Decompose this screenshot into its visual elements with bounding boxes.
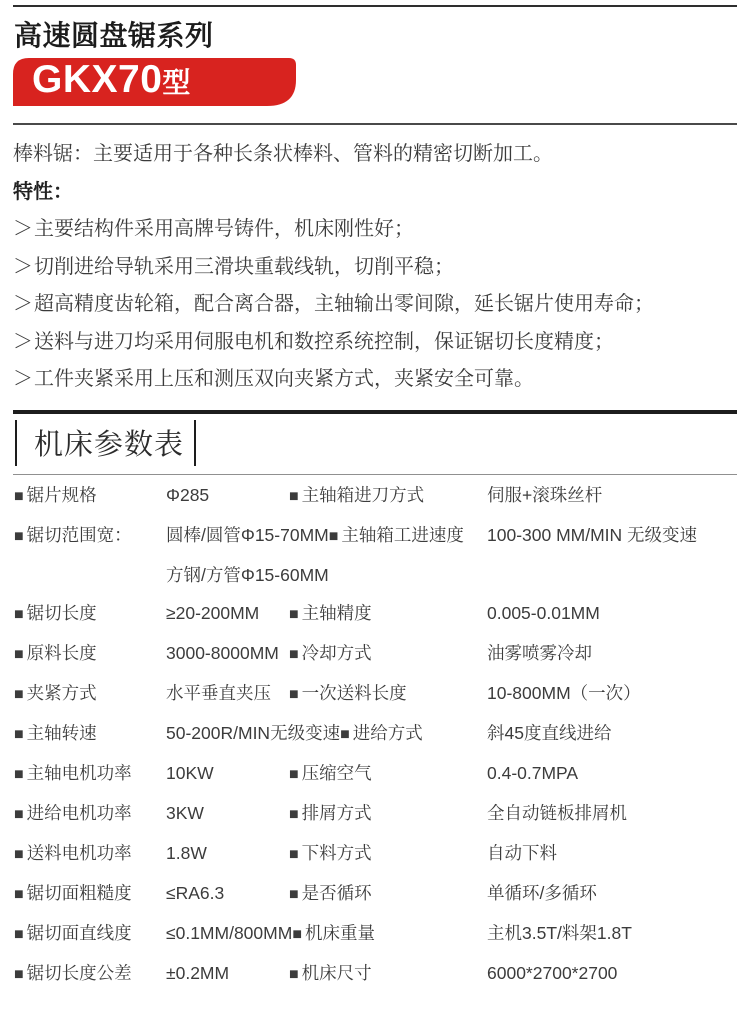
param-value-1: 1.8W	[166, 834, 289, 874]
param-value-2-text: 100-300 MM/MIN 无级变速	[487, 525, 697, 545]
param-row: ■进给电机功率 3KW ■排屑方式 全自动链板排屑机	[13, 794, 737, 834]
square-bullet-icon: ■	[292, 926, 302, 943]
feature-item: ＞切削进给导轨采用三滑块重载线轨，切削平稳；	[13, 249, 737, 287]
param-value-2-text: 6000*2700*2700	[487, 963, 617, 983]
param-label-1-text: 锯切长度公差	[27, 963, 132, 983]
param-label-2-text: 是否循环	[302, 883, 372, 903]
param-label-2: ■主轴精度	[289, 594, 487, 634]
param-value-2-text: 油雾喷雾冷却	[487, 643, 592, 663]
param-value-1-text: 3000-8000MM	[166, 643, 279, 663]
param-label-2: ■主轴箱工进速度	[329, 516, 487, 556]
param-row: ■主轴电机功率 10KW ■压缩空气 0.4-0.7MPA	[13, 754, 737, 794]
param-label-1: ■锯切范围宽：	[13, 516, 166, 556]
param-label-1: ■锯切长度	[13, 594, 166, 634]
param-label-1: ■主轴转速	[13, 714, 166, 754]
param-label-1: ■主轴电机功率	[13, 754, 166, 794]
square-bullet-icon: ■	[14, 488, 24, 505]
param-label-2-text: 排屑方式	[302, 803, 372, 823]
param-label-2-text: 进给方式	[353, 723, 423, 743]
param-value-2: 油雾喷雾冷却	[487, 634, 737, 674]
param-value-2-text: 斜45度直线进给	[487, 723, 611, 743]
param-value-2: 10-800MM（一次）	[487, 674, 737, 714]
param-label-1-text: 进给电机功率	[27, 803, 132, 823]
param-label-2-text: 机床尺寸	[302, 963, 372, 983]
square-bullet-icon: ■	[14, 846, 24, 863]
param-value-1: 3KW	[166, 794, 289, 834]
param-label-1: ■锯切长度公差	[13, 954, 166, 994]
param-value-1-text: ≥20-200MM	[166, 603, 259, 623]
params-table: ■锯片规格 Φ285 ■主轴箱进刀方式 伺服+滚珠丝杆 ■锯切范围宽： 圆棒/圆…	[13, 476, 737, 994]
param-value-1: ≤RA6.3	[166, 874, 289, 914]
param-value-1: ≥20-200MM	[166, 594, 289, 634]
param-value-2-text: 0.4-0.7MPA	[487, 763, 578, 783]
param-value-2: 全自动链板排屑机	[487, 794, 737, 834]
param-label-2-text: 主轴箱进刀方式	[302, 485, 425, 505]
square-bullet-icon: ■	[14, 966, 24, 983]
model-badge: GKX70型	[13, 58, 296, 106]
square-bullet-icon: ■	[14, 726, 24, 743]
square-bullet-icon: ■	[14, 606, 24, 623]
param-value-2-text: 伺服+滚珠丝杆	[487, 485, 602, 505]
feature-item: ＞送料与进刀均采用伺服电机和数控系统控制，保证锯切长度精度；	[13, 324, 737, 362]
square-bullet-icon: ■	[289, 806, 299, 823]
param-value-2-text: 主机3.5T/料架1.8T	[487, 923, 632, 943]
feature-text: 主要结构件采用高牌号铸件，机床刚性好；	[34, 218, 414, 240]
param-label-1-text: 锯切面直线度	[27, 923, 132, 943]
param-label-1: ■锯片规格	[13, 476, 166, 516]
param-value-1-text: 50-200R/MIN无级变速	[166, 723, 340, 743]
param-value-2-text: 10-800MM（一次）	[487, 683, 641, 703]
param-label-1: ■进给电机功率	[13, 794, 166, 834]
param-label-1: ■夹紧方式	[13, 674, 166, 714]
feature-text: 工件夹紧采用上压和测压双向夹紧方式，夹紧安全可靠。	[34, 368, 534, 390]
param-label-2: ■机床重量	[292, 914, 487, 954]
param-row: ■锯切面粗糙度 ≤RA6.3 ■是否循环 单循环/多循环	[13, 874, 737, 914]
feature-item: ＞超高精度齿轮箱，配合离合器，主轴输出零间隙，延长锯片使用寿命；	[13, 286, 737, 324]
square-bullet-icon: ■	[14, 686, 24, 703]
param-label-2-text: 压缩空气	[302, 763, 372, 783]
param-value-2-text: 自动下料	[487, 843, 557, 863]
param-value-1-text: ≤0.1MM/800MM	[166, 923, 292, 943]
param-value-1-text: 10KW	[166, 763, 214, 783]
description-block: 棒料锯：主要适用于各种长条状棒料、管料的精密切断加工。 特性： ＞主要结构件采用…	[13, 136, 737, 399]
param-label-1: ■送料电机功率	[13, 834, 166, 874]
param-label-1: ■锯切面粗糙度	[13, 874, 166, 914]
square-bullet-icon: ■	[289, 846, 299, 863]
param-value-1-text: Φ285	[166, 485, 209, 505]
feature-text: 超高精度齿轮箱，配合离合器，主轴输出零间隙，延长锯片使用寿命；	[34, 293, 654, 315]
feature-marker: ＞	[13, 368, 33, 390]
param-label-1-text: 主轴转速	[27, 723, 97, 743]
params-header: 机床参数表	[13, 420, 737, 466]
square-bullet-icon: ■	[14, 886, 24, 903]
params-title: 机床参数表	[34, 422, 184, 463]
param-row: ■锯切面直线度 ≤0.1MM/800MM ■机床重量 主机3.5T/料架1.8T	[13, 914, 737, 954]
param-value-2: 主机3.5T/料架1.8T	[487, 914, 737, 954]
square-bullet-icon: ■	[14, 926, 24, 943]
square-bullet-icon: ■	[14, 806, 24, 823]
param-value-1: 50-200R/MIN无级变速	[166, 714, 340, 754]
param-label-2: ■下料方式	[289, 834, 487, 874]
param-value-1: 10KW	[166, 754, 289, 794]
param-value-2: 伺服+滚珠丝杆	[487, 476, 737, 516]
feature-text: 切削进给导轨采用三滑块重载线轨，切削平稳；	[34, 256, 454, 278]
param-row: ■锯片规格 Φ285 ■主轴箱进刀方式 伺服+滚珠丝杆	[13, 476, 737, 516]
param-label-2-text: 冷却方式	[302, 643, 372, 663]
param-value-1-text: 圆棒/圆管Φ15-70MM	[166, 525, 329, 545]
param-label-1-text: 锯切长度	[27, 603, 97, 623]
param-value-2: 单循环/多循环	[487, 874, 737, 914]
feature-item: ＞工件夹紧采用上压和测压双向夹紧方式，夹紧安全可靠。	[13, 361, 737, 399]
feature-marker: ＞	[13, 256, 33, 278]
param-label-2-text: 下料方式	[302, 843, 372, 863]
param-label-2: ■是否循环	[289, 874, 487, 914]
badge-model: GKX70	[32, 58, 162, 101]
param-label-2	[329, 556, 487, 594]
param-row: 方钢/方管Φ15-60MM	[13, 556, 737, 594]
feature-item: ＞主要结构件采用高牌号铸件，机床刚性好；	[13, 211, 737, 249]
square-bullet-icon: ■	[289, 886, 299, 903]
param-row: ■送料电机功率 1.8W ■下料方式 自动下料	[13, 834, 737, 874]
badge-divider	[13, 123, 737, 125]
square-bullet-icon: ■	[14, 646, 24, 663]
param-value-2-text: 单循环/多循环	[487, 883, 597, 903]
param-value-2	[487, 556, 737, 594]
param-label-1	[13, 556, 166, 594]
features-heading: 特性：	[13, 174, 737, 212]
param-label-1: ■原料长度	[13, 634, 166, 674]
param-value-2-text: 全自动链板排屑机	[487, 803, 627, 823]
param-label-2: ■冷却方式	[289, 634, 487, 674]
param-label-2-text: 主轴箱工进速度	[341, 525, 464, 545]
param-value-2: 100-300 MM/MIN 无级变速	[487, 516, 737, 556]
top-divider	[13, 5, 737, 7]
param-value-1-text: 3KW	[166, 803, 204, 823]
param-value-1: 水平垂直夹压	[166, 674, 289, 714]
feature-marker: ＞	[13, 293, 33, 315]
square-bullet-icon: ■	[14, 528, 24, 545]
param-value-1-text: 1.8W	[166, 843, 207, 863]
feature-marker: ＞	[13, 331, 33, 353]
param-label-1-text: 锯切范围宽：	[27, 525, 132, 545]
square-bullet-icon: ■	[340, 726, 350, 743]
param-value-1-text: ≤RA6.3	[166, 883, 224, 903]
square-bullet-icon: ■	[14, 766, 24, 783]
param-label-1-text: 原料长度	[27, 643, 97, 663]
param-label-2-text: 主轴精度	[302, 603, 372, 623]
param-label-1-text: 夹紧方式	[27, 683, 97, 703]
param-row: ■原料长度 3000-8000MM ■冷却方式 油雾喷雾冷却	[13, 634, 737, 674]
param-label-1-text: 锯切面粗糙度	[27, 883, 132, 903]
param-value-1: 圆棒/圆管Φ15-70MM	[166, 516, 329, 556]
params-title-box: 机床参数表	[15, 420, 196, 466]
param-label-2-text: 一次送料长度	[302, 683, 407, 703]
feature-text: 送料与进刀均采用伺服电机和数控系统控制，保证锯切长度精度；	[34, 331, 614, 353]
param-value-1: 3000-8000MM	[166, 634, 289, 674]
square-bullet-icon: ■	[289, 766, 299, 783]
param-row: ■夹紧方式 水平垂直夹压 ■一次送料长度 10-800MM（一次）	[13, 674, 737, 714]
square-bullet-icon: ■	[289, 488, 299, 505]
features-list: ＞主要结构件采用高牌号铸件，机床刚性好； ＞切削进给导轨采用三滑块重载线轨，切削…	[13, 211, 737, 399]
param-label-1-text: 锯片规格	[27, 485, 97, 505]
param-value-2: 0.4-0.7MPA	[487, 754, 737, 794]
param-value-1: 方钢/方管Φ15-60MM	[166, 556, 329, 594]
param-row: ■锯切长度 ≥20-200MM ■主轴精度 0.005-0.01MM	[13, 594, 737, 634]
param-label-2: ■主轴箱进刀方式	[289, 476, 487, 516]
page-title: 高速圆盘锯系列	[14, 20, 737, 52]
square-bullet-icon: ■	[289, 686, 299, 703]
feature-marker: ＞	[13, 218, 33, 240]
param-row: ■锯切范围宽： 圆棒/圆管Φ15-70MM ■主轴箱工进速度 100-300 M…	[13, 516, 737, 556]
param-label-2-text: 机床重量	[305, 923, 375, 943]
param-value-2-text: 0.005-0.01MM	[487, 603, 600, 623]
param-label-2: ■压缩空气	[289, 754, 487, 794]
param-value-2: 6000*2700*2700	[487, 954, 737, 994]
intro-text: 棒料锯：主要适用于各种长条状棒料、管料的精密切断加工。	[13, 136, 737, 174]
param-value-1: ≤0.1MM/800MM	[166, 914, 292, 954]
param-label-2: ■一次送料长度	[289, 674, 487, 714]
param-value-2: 斜45度直线进给	[487, 714, 737, 754]
param-value-1-text: 方钢/方管Φ15-60MM	[166, 565, 329, 585]
param-label-1: ■锯切面直线度	[13, 914, 166, 954]
square-bullet-icon: ■	[289, 966, 299, 983]
param-label-2: ■排屑方式	[289, 794, 487, 834]
param-label-2: ■进给方式	[340, 714, 487, 754]
param-label-2: ■机床尺寸	[289, 954, 487, 994]
badge-text: GKX70型	[32, 56, 190, 112]
param-label-1-text: 送料电机功率	[27, 843, 132, 863]
param-value-1-text: 水平垂直夹压	[166, 683, 271, 703]
param-value-1: ±0.2MM	[166, 954, 289, 994]
param-value-1: Φ285	[166, 476, 289, 516]
param-row: ■锯切长度公差 ±0.2MM ■机床尺寸 6000*2700*2700	[13, 954, 737, 994]
square-bullet-icon: ■	[289, 606, 299, 623]
badge-model-suffix: 型	[162, 67, 190, 98]
square-bullet-icon: ■	[329, 528, 339, 545]
spec-sheet-page: 高速圆盘锯系列 GKX70型 棒料锯：主要适用于各种长条状棒料、管料的精密切断加…	[0, 0, 750, 1026]
square-bullet-icon: ■	[289, 646, 299, 663]
section-divider-thick	[13, 410, 737, 414]
param-value-2: 自动下料	[487, 834, 737, 874]
param-row: ■主轴转速 50-200R/MIN无级变速 ■进给方式 斜45度直线进给	[13, 714, 737, 754]
param-value-1-text: ±0.2MM	[166, 963, 229, 983]
params-divider	[13, 474, 737, 475]
param-label-1-text: 主轴电机功率	[27, 763, 132, 783]
param-value-2: 0.005-0.01MM	[487, 594, 737, 634]
